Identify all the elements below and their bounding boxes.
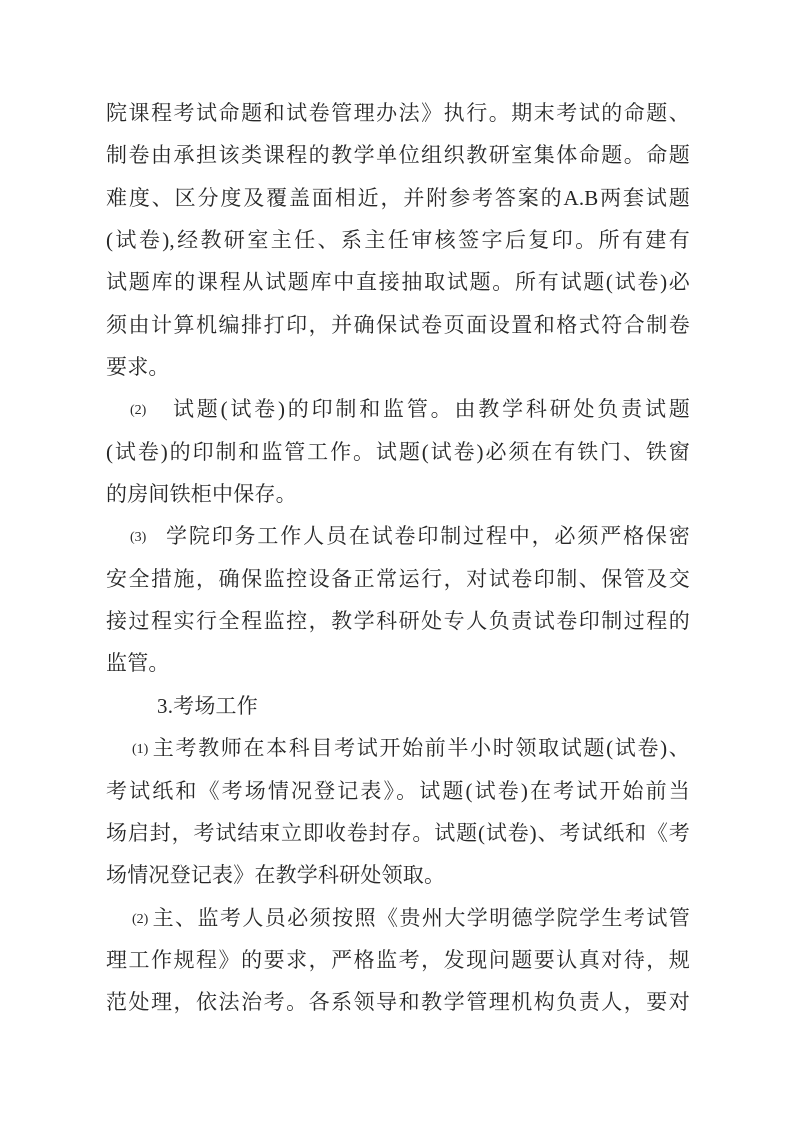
- text-line: 接过程实行全程监控，教学科研处专人负责试卷印制过程的: [106, 600, 690, 642]
- text-line: (试卷),经教研室主任、系主任审核签字后复印。所有建有: [106, 219, 690, 261]
- text-line: 的房间铁柜中保存。: [106, 473, 690, 515]
- text-line: 场情况登记表》在教学科研处领取。: [106, 854, 690, 896]
- list-item-marker: (1): [132, 742, 148, 757]
- list-item-marker: (2): [130, 403, 146, 418]
- text-line: 须由计算机编排打印，并确保试卷页面设置和格式符合制卷: [106, 304, 690, 346]
- text-line: 范处理，依法治考。各系领导和教学管理机构负责人，要对: [106, 981, 690, 1023]
- para-continuation: 院课程考试命题和试卷管理办法》执行。期末考试的命题、制卷由承担该类课程的教学单位…: [106, 92, 690, 388]
- text-line: (试卷)的印制和监管工作。试题(试卷)必须在有铁门、铁窗: [106, 431, 690, 473]
- text-line-content: 学院印务工作人员在试卷印制过程中，必须严格保密: [164, 524, 690, 548]
- text-line: 要求。: [106, 346, 690, 388]
- text-line: 3.考场工作: [106, 685, 690, 727]
- text-line: 理工作规程》的要求，严格监考，发现问题要认真对待，规: [106, 939, 690, 981]
- para-item-2-invigilators: (2)主、监考人员必须按照《贵州大学明德学院学生考试管理工作规程》的要求，严格监…: [106, 897, 690, 1024]
- text-line: (1)主考教师在本科目考试开始前半小时领取试题(试卷)、: [106, 727, 690, 769]
- list-item-marker: (2): [132, 912, 148, 927]
- list-item-marker: (3): [130, 530, 146, 545]
- heading-exam-room-work: 3.考场工作: [106, 685, 690, 727]
- text-line: 难度、区分度及覆盖面相近，并附参考答案的A.B两套试题: [106, 177, 690, 219]
- text-line: 监管。: [106, 642, 690, 684]
- text-line: 安全措施，确保监控设备正常运行，对试卷印制、保管及交: [106, 558, 690, 600]
- text-line-content: 主、监考人员必须按照《贵州大学明德学院学生考试管: [151, 906, 690, 930]
- text-line: (3)学院印务工作人员在试卷印制过程中，必须严格保密: [106, 515, 690, 557]
- text-line: 制卷由承担该类课程的教学单位组织教研室集体命题。命题: [106, 134, 690, 176]
- para-item-3-print-security: (3)学院印务工作人员在试卷印制过程中，必须严格保密安全措施，确保监控设备正常运…: [106, 515, 690, 684]
- text-line: 考试纸和《考场情况登记表》。试题(试卷)在考试开始前当: [106, 770, 690, 812]
- para-item-1-chief-examiner: (1)主考教师在本科目考试开始前半小时领取试题(试卷)、考试纸和《考场情况登记表…: [106, 727, 690, 896]
- text-line-content: 主考教师在本科目考试开始前半小时领取试题(试卷)、: [151, 736, 690, 760]
- text-line: 试题库的课程从试题库中直接抽取试题。所有试题(试卷)必: [106, 261, 690, 303]
- text-line-content: 试题(试卷)的印制和监管。由教学科研处负责试题: [170, 397, 690, 421]
- para-item-2-printing: (2)试题(试卷)的印制和监管。由教学科研处负责试题(试卷)的印制和监管工作。试…: [106, 388, 690, 515]
- text-line: (2)试题(试卷)的印制和监管。由教学科研处负责试题: [106, 388, 690, 430]
- document-page: 院课程考试命题和试卷管理办法》执行。期末考试的命题、制卷由承担该类课程的教学单位…: [0, 0, 793, 1122]
- text-line: 院课程考试命题和试卷管理办法》执行。期末考试的命题、: [106, 92, 690, 134]
- text-line: (2)主、监考人员必须按照《贵州大学明德学院学生考试管: [106, 897, 690, 939]
- text-column: 院课程考试命题和试卷管理办法》执行。期末考试的命题、制卷由承担该类课程的教学单位…: [106, 92, 690, 1024]
- text-line: 场启封，考试结束立即收卷封存。试题(试卷)、考试纸和《考: [106, 812, 690, 854]
